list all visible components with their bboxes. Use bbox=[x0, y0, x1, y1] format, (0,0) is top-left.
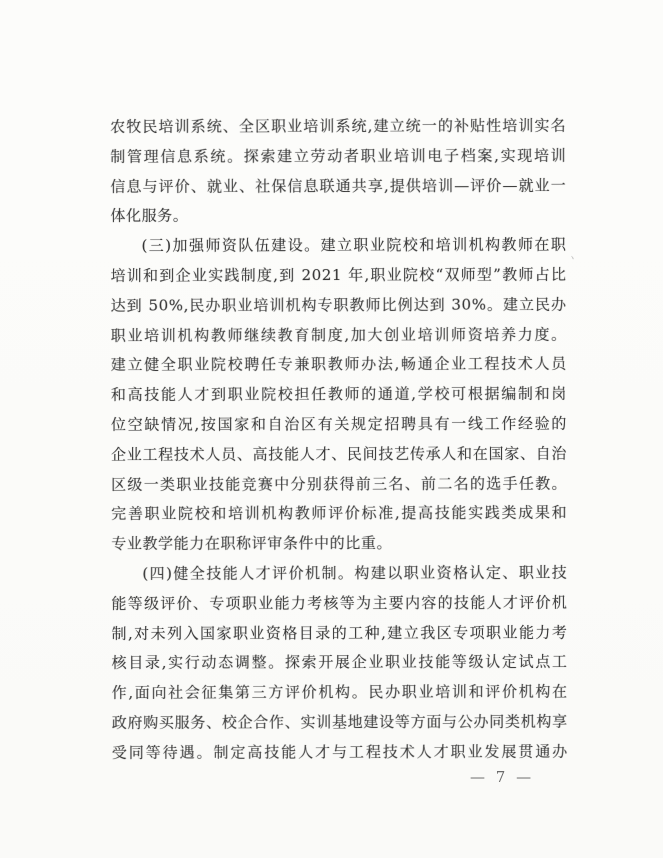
text-line: 职业培训机构教师继续教育制度,加大创业培训师资培养力度。 bbox=[111, 320, 567, 351]
text-line: 信息与评价、就业、社保信息联通共享,提供培训—评价—就业一 bbox=[110, 171, 566, 202]
text-line: 和高技能人才到职业院校担任教师的通道,学校可根据编制和岗 bbox=[111, 380, 567, 411]
scan-artifact: 、 bbox=[570, 245, 585, 264]
text-line: 建立健全职业院校聘任专兼职教师办法,畅通企业工程技术人员 bbox=[111, 350, 567, 381]
text-line: 能等级评价、专项职业能力考核等为主要内容的技能人才评价机 bbox=[111, 588, 567, 619]
text-line: 农牧民培训系统、全区职业培训系统,建立统一的补贴性培训实名 bbox=[110, 111, 566, 142]
text-line: 专业教学能力在职称评审条件中的比重。 bbox=[111, 529, 567, 560]
page-number: — 7 — bbox=[470, 768, 580, 786]
text-line: 作,面向社会征集第三方评价机构。民办职业培训和评价机构在 bbox=[112, 678, 568, 709]
text-line: 位空缺情况,按国家和自治区有关规定招聘具有一线工作经验的 bbox=[111, 409, 567, 440]
text-line: 完善职业院校和培训机构教师评价标准,提高技能实践类成果和 bbox=[111, 499, 567, 530]
text-line-section-4-heading: (四)健全技能人才评价机制。构建以职业资格认定、职业技 bbox=[111, 558, 567, 589]
text-line: 政府购买服务、校企合作、实训基地建设等方面与公办同类机构享 bbox=[112, 707, 568, 738]
text-line: 培训和到企业实践制度,到 2021 年,职业院校“双师型”教师占比 bbox=[111, 260, 567, 291]
document-text: 农牧民培训系统、全区职业培训系统,建立统一的补贴性培训实名 制管理信息系统。探索… bbox=[110, 111, 568, 768]
text-line: 体化服务。 bbox=[110, 201, 566, 232]
text-line: 受同等待遇。制定高技能人才与工程技术人才职业发展贯通办 bbox=[112, 737, 568, 768]
text-line: 达到 50%,民办职业培训机构专职教师比例达到 30%。建立民办 bbox=[111, 290, 567, 321]
text-line: 企业工程技术人员、高技能人才、民间技艺传承人和在国家、自治 bbox=[111, 439, 567, 470]
text-line-section-3-heading: (三)加强师资队伍建设。建立职业院校和培训机构教师在职 bbox=[110, 231, 566, 262]
text-line: 区级一类职业技能竞赛中分别获得前三名、前二名的选手任教。 bbox=[111, 469, 567, 500]
text-line: 制管理信息系统。探索建立劳动者职业培训电子档案,实现培训 bbox=[110, 141, 566, 172]
document-page: 农牧民培训系统、全区职业培训系统,建立统一的补贴性培训实名 制管理信息系统。探索… bbox=[0, 0, 663, 858]
text-line: 核目录,实行动态调整。探索开展企业职业技能等级认定试点工 bbox=[112, 648, 568, 679]
text-line: 制,对未列入国家职业资格目录的工种,建立我区专项职业能力考 bbox=[111, 618, 567, 649]
